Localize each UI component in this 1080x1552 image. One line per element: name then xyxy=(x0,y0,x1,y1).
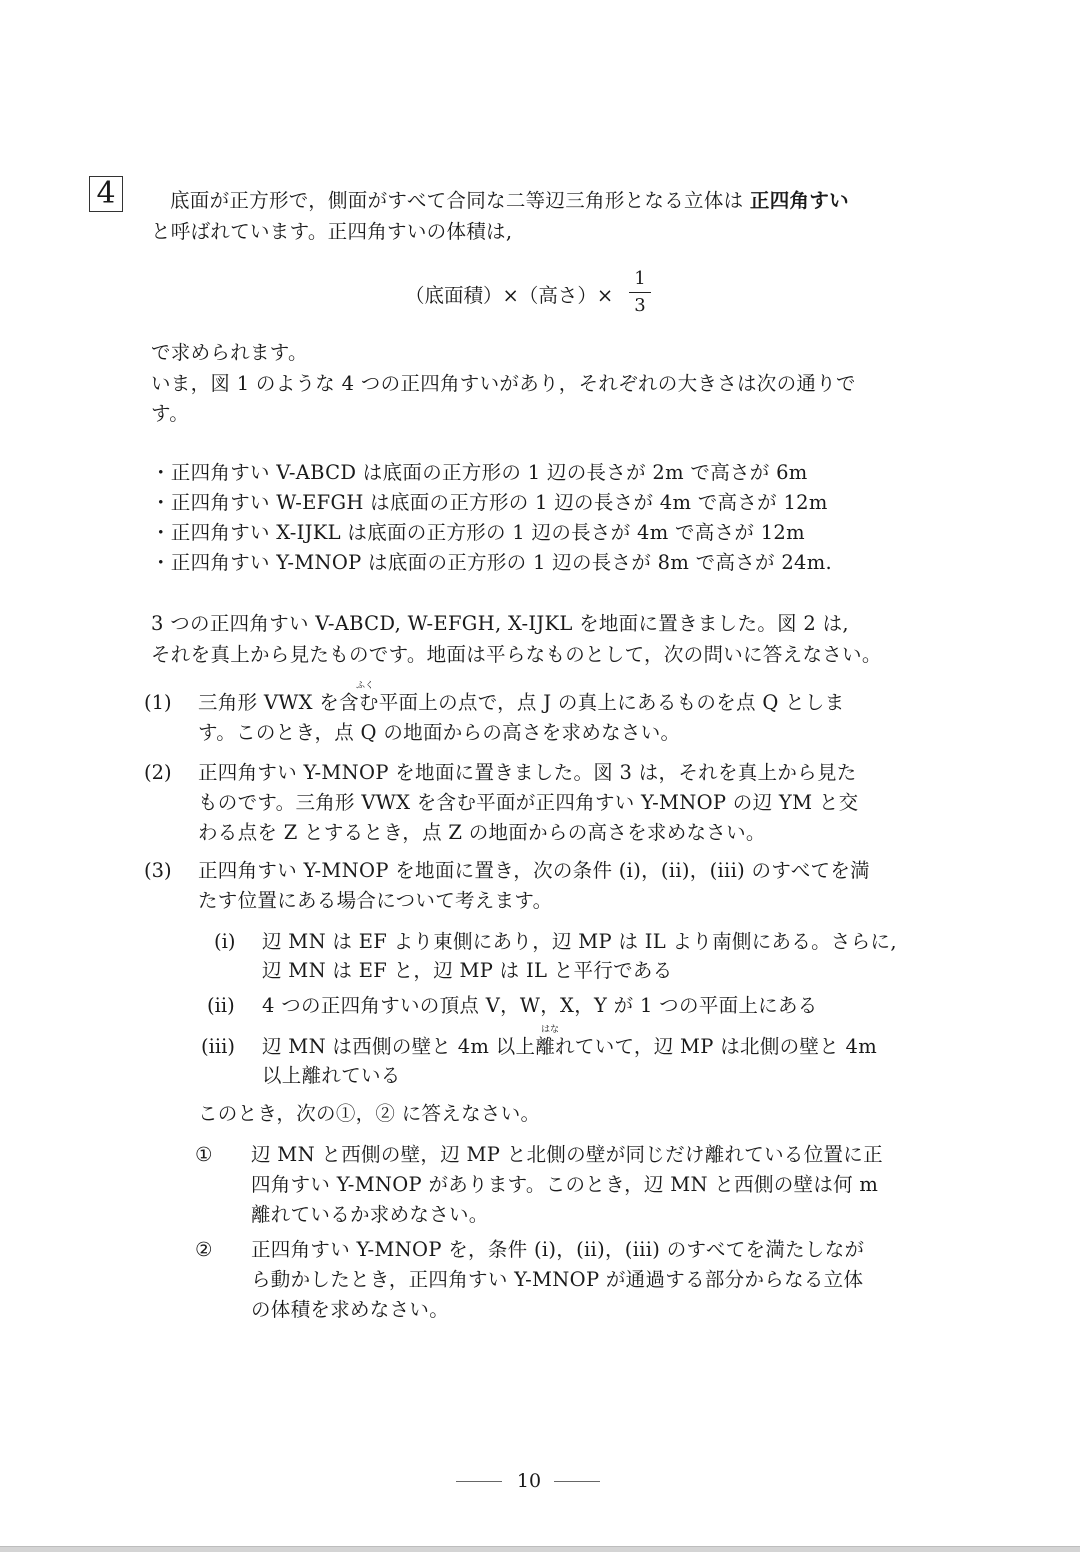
fraction-one-third: 1 3 xyxy=(629,268,651,317)
condition-ii-line: 4 つの正四角すいの頂点 V，W，X，Y が 1 つの平面上にある xyxy=(262,993,818,1019)
subquestion-1-line: 辺 MN と西側の壁，辺 MP と北側の壁が同じだけ離れている位置に正 xyxy=(251,1142,883,1168)
page-footer: 10 xyxy=(456,1470,606,1494)
term-bold: 正四角すい xyxy=(750,189,849,212)
question-2-line: 正四角すい Y-MNOP を地面に置きました。図 3 は，それを真上から見た xyxy=(198,760,857,786)
question-3-line: 正四角すい Y-MNOP を地面に置き，次の条件 (i)，(ii)，(iii) … xyxy=(198,858,870,884)
exam-page: 4 底面が正方形で，側面がすべて合同な二等辺三角形となる立体は 正四角すい と呼… xyxy=(0,0,1080,1546)
question-3-label: (3) xyxy=(144,858,172,884)
setup-line-1: 3 つの正四角すい V-ABCD, W-EFGH, X-IJKL を地面に置きま… xyxy=(151,611,849,637)
footer-dash-left xyxy=(456,1481,502,1482)
question-1-label: (1) xyxy=(144,690,172,716)
intro-line-1: 底面が正方形で，側面がすべて合同な二等辺三角形となる立体は 正四角すい xyxy=(170,188,849,214)
fraction-denominator: 3 xyxy=(629,295,651,317)
pyramid-item: ・正四角すい V-ABCD は底面の正方形の 1 辺の長さが 2m で高さが 6… xyxy=(151,460,808,486)
condition-i-line: 辺 MN は EF と，辺 MP は IL と平行である xyxy=(262,958,673,984)
condition-ii-label: (ii) xyxy=(207,993,235,1019)
subquestion-2-line: ら動かしたとき，正四角すい Y-MNOP が通過する部分からなる立体 xyxy=(251,1267,863,1293)
question-2-label: (2) xyxy=(144,760,172,786)
pyramid-item: ・正四角すい W-EFGH は底面の正方形の 1 辺の長さが 4m で高さが 1… xyxy=(151,490,828,516)
subquestion-1-label: ① xyxy=(195,1142,212,1168)
condition-iii-line: 辺 MN は西側の壁と 4m 以上離れていて，辺 MP は北側の壁と 4m xyxy=(262,1034,877,1060)
subquestion-2-line: の体積を求めなさい。 xyxy=(251,1297,449,1323)
condition-i-line: 辺 MN は EF より東側にあり，辺 MP は IL より南側にある。さらに, xyxy=(262,929,897,955)
page-bottom-edge xyxy=(0,1546,1080,1552)
intro-line-3: で求められます。 xyxy=(151,340,308,366)
formula-text: （底面積）×（高さ）× xyxy=(405,280,613,308)
question-2-line: わる点を Z とするとき，点 Z の地面からの高さを求めなさい。 xyxy=(198,820,766,846)
page-number: 10 xyxy=(514,1470,544,1492)
question-3-line: たす位置にある場合について考えます。 xyxy=(198,888,552,914)
setup-line-2: それを真上から見たものです。地面は平らなものとして，次の問いに答えなさい。 xyxy=(151,642,882,668)
intro-line-5: す。 xyxy=(151,401,189,427)
intro-line-4: いま，図 1 のような 4 つの正四角すいがあり，それぞれの大きさは次の通りで xyxy=(151,371,856,397)
condition-iii-line: 以上離れている xyxy=(262,1063,401,1089)
subquestion-2-line: 正四角すい Y-MNOP を，条件 (i)，(ii)，(iii) のすべてを満た… xyxy=(251,1237,864,1263)
problem-number-box: 4 xyxy=(89,176,123,212)
intro-text: 底面が正方形で，側面がすべて合同な二等辺三角形となる立体は xyxy=(170,189,750,212)
fraction-bar xyxy=(629,292,651,293)
question-1-line: 三角形 VWX を含む平面上の点で，点 J の真上にあるものを点 Q としま xyxy=(198,690,845,716)
footer-dash-right xyxy=(554,1481,600,1482)
condition-iii-label: (iii) xyxy=(201,1034,235,1060)
subquestion-1-line: 離れているか求めなさい。 xyxy=(251,1202,489,1228)
question-1-line: す。このとき，点 Q の地面からの高さを求めなさい。 xyxy=(198,720,680,746)
intro-line-2: と呼ばれています。正四角すいの体積は, xyxy=(151,219,512,245)
pyramid-item: ・正四角すい X-IJKL は底面の正方形の 1 辺の長さが 4m で高さが 1… xyxy=(151,520,805,546)
subquestion-1-line: 四角すい Y-MNOP があります。このとき，辺 MN と西側の壁は何 m xyxy=(251,1172,878,1198)
question-3-prompt: このとき，次の①，② に答えなさい。 xyxy=(198,1101,540,1127)
question-2-line: ものです。三角形 VWX を含む平面が正四角すい Y-MNOP の辺 YM と交 xyxy=(198,790,858,816)
pyramid-item: ・正四角すい Y-MNOP は底面の正方形の 1 辺の長さが 8m で高さが 2… xyxy=(151,550,832,576)
fraction-numerator: 1 xyxy=(629,268,651,290)
subquestion-2-label: ② xyxy=(195,1237,212,1263)
condition-i-label: (i) xyxy=(214,929,235,955)
